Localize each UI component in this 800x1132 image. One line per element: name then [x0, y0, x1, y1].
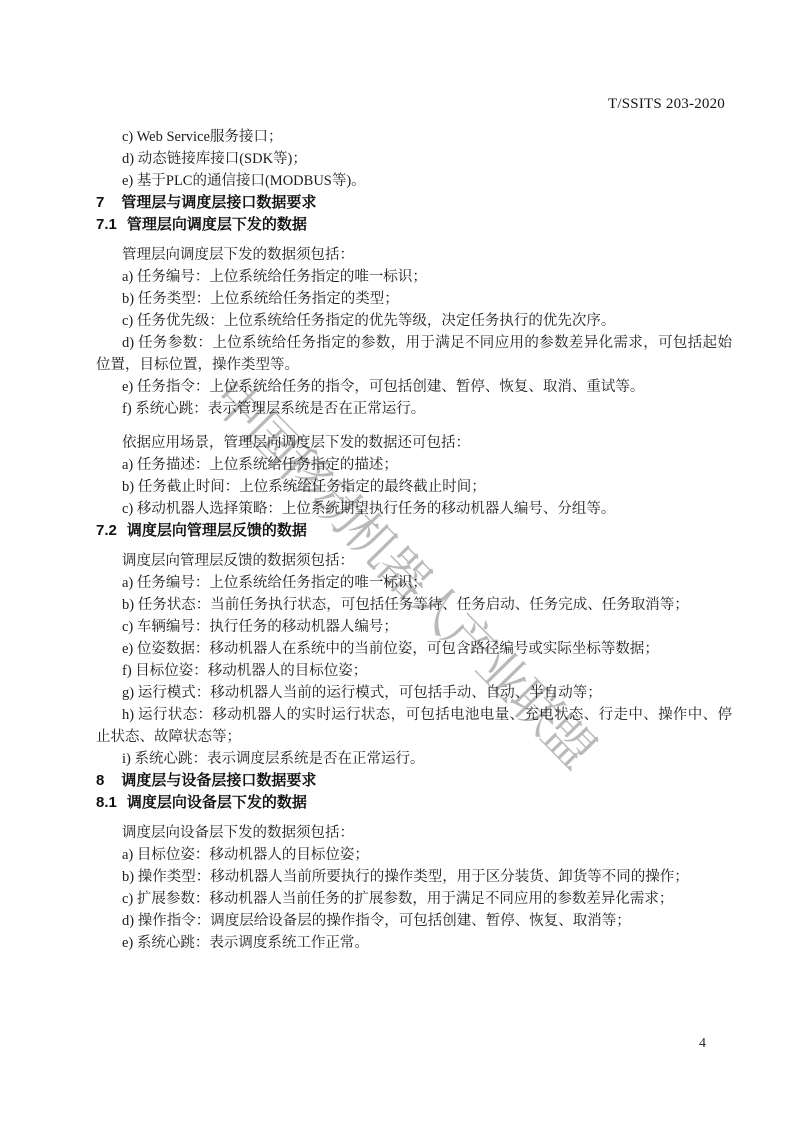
running-header-doc-code: T/SSITS 203-2020	[608, 96, 725, 113]
list-item: d) 任务参数：上位系统给任务指定的参数，用于满足不同应用的参数差异化需求，可包…	[96, 332, 732, 376]
section-8-1-heading: 8.1调度层向设备层下发的数据	[96, 792, 732, 814]
list-item: b) 操作类型：移动机器人当前所要执行的操作类型，用于区分装货、卸货等不同的操作…	[96, 866, 732, 888]
section-title: 管理层向调度层下发的数据	[127, 216, 307, 233]
list-item: c) 扩展参数：移动机器人当前任务的扩展参数，用于满足不同应用的参数差异化需求；	[96, 888, 732, 910]
list-item: e) 基于PLC的通信接口(MODBUS等)。	[96, 170, 732, 192]
list-item: c) 任务优先级：上位系统给任务指定的优先等级，决定任务执行的优先次序。	[96, 310, 732, 332]
section-7-2-heading: 7.2调度层向管理层反馈的数据	[96, 520, 732, 542]
list-item: g) 运行模式：移动机器人当前的运行模式，可包括手动、自动、半自动等；	[96, 682, 732, 704]
list-item: a) 任务编号：上位系统给任务指定的唯一标识；	[96, 266, 732, 288]
list-item: e) 任务指令：上位系统给任务的指令，可包括创建、暂停、恢复、取消、重试等。	[96, 376, 732, 398]
paragraph: 依据应用场景，管理层向调度层下发的数据还可包括：	[96, 432, 732, 454]
list-item: f) 目标位姿：移动机器人的目标位姿；	[96, 660, 732, 682]
paragraph: 管理层向调度层下发的数据须包括：	[96, 244, 732, 266]
section-number: 8.1	[96, 794, 117, 811]
section-number: 7.1	[96, 216, 117, 233]
chapter-number: 7	[96, 194, 104, 211]
section-title: 调度层向设备层下发的数据	[127, 794, 307, 811]
document-page: T/SSITS 203-2020 中国移动机器人产业联盟 c) Web Serv…	[0, 0, 800, 1132]
list-item: a) 任务编号：上位系统给任务指定的唯一标识；	[96, 572, 732, 594]
section-title: 调度层向管理层反馈的数据	[127, 522, 307, 539]
list-item: b) 任务状态：当前任务执行状态，可包括任务等待、任务启动、任务完成、任务取消等…	[96, 594, 732, 616]
list-item: c) Web Service服务接口；	[96, 126, 732, 148]
list-item: i) 系统心跳：表示调度层系统是否在正常运行。	[96, 748, 732, 770]
chapter-number: 8	[96, 772, 104, 789]
list-item: f) 系统心跳：表示管理层系统是否在正常运行。	[96, 398, 732, 420]
list-item: e) 位姿数据：移动机器人在系统中的当前位姿，可包含路径编号或实际坐标等数据；	[96, 638, 732, 660]
chapter-title: 管理层与调度层接口数据要求	[121, 194, 316, 211]
chapter-7-heading: 7管理层与调度层接口数据要求	[96, 192, 732, 214]
list-item: a) 目标位姿：移动机器人的目标位姿；	[96, 844, 732, 866]
list-item: e) 系统心跳：表示调度系统工作正常。	[96, 932, 732, 954]
chapter-8-heading: 8调度层与设备层接口数据要求	[96, 770, 732, 792]
list-item: a) 任务描述：上位系统给任务指定的描述；	[96, 454, 732, 476]
section-7-1-heading: 7.1管理层向调度层下发的数据	[96, 214, 732, 236]
section-number: 7.2	[96, 522, 117, 539]
list-item: c) 移动机器人选择策略：上位系统期望执行任务的移动机器人编号、分组等。	[96, 498, 732, 520]
list-item: c) 车辆编号：执行任务的移动机器人编号；	[96, 616, 732, 638]
chapter-title: 调度层与设备层接口数据要求	[121, 772, 316, 789]
page-number: 4	[699, 1036, 706, 1052]
list-item: d) 动态链接库接口(SDK等)；	[96, 148, 732, 170]
list-item: b) 任务类型：上位系统给任务指定的类型；	[96, 288, 732, 310]
page-content: c) Web Service服务接口； d) 动态链接库接口(SDK等)； e)…	[96, 126, 732, 954]
list-item: h) 运行状态：移动机器人的实时运行状态，可包括电池电量、充电状态、行走中、操作…	[96, 704, 732, 748]
list-item: d) 操作指令：调度层给设备层的操作指令，可包括创建、暂停、恢复、取消等；	[96, 910, 732, 932]
paragraph: 调度层向设备层下发的数据须包括：	[96, 822, 732, 844]
list-item: b) 任务截止时间：上位系统给任务指定的最终截止时间；	[96, 476, 732, 498]
paragraph: 调度层向管理层反馈的数据须包括：	[96, 550, 732, 572]
